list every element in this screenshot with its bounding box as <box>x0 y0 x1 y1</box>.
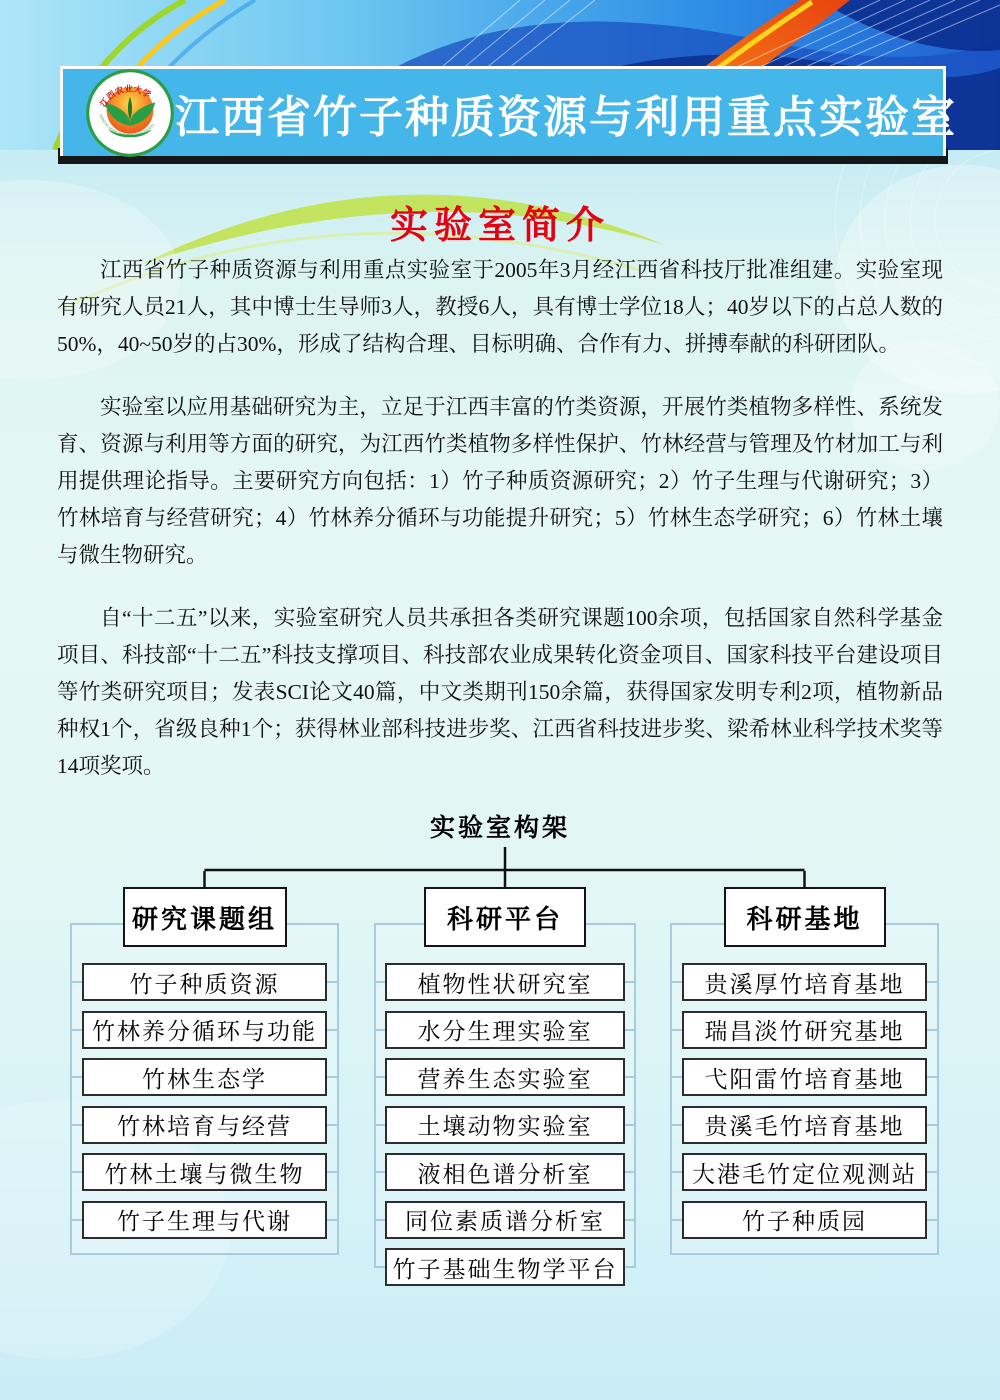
org-item-box: 弋阳雷竹培育基地 <box>682 1058 927 1096</box>
panel-connector-stub <box>374 1219 385 1221</box>
org-item-box: 大港毛竹定位观测站 <box>682 1153 927 1191</box>
panel-connector-stub <box>327 1076 339 1078</box>
org-item-box: 水分生理实验室 <box>385 1011 625 1049</box>
panel-connector-stub <box>327 1171 339 1173</box>
panel-connector-stub <box>374 1076 385 1078</box>
panel-connector-stub <box>625 1219 636 1221</box>
org-item-box: 竹子生理与代谢 <box>82 1201 327 1239</box>
org-item-box: 竹子种质园 <box>682 1201 927 1239</box>
org-item-box: 营养生态实验室 <box>385 1058 625 1096</box>
panel-connector-stub <box>927 1171 939 1173</box>
panel-connector-stub <box>625 981 636 983</box>
org-item-box: 竹子基础生物学平台 <box>385 1248 625 1286</box>
panel-connector-stub <box>374 1029 385 1031</box>
panel-connector-stub <box>625 1171 636 1173</box>
panel-connector-stub <box>70 1219 82 1221</box>
intro-paragraph-3: 自“十二五”以来，实验室研究人员共承担各类研究课题100余项，包括国家自然科学基… <box>57 600 943 785</box>
panel-connector-stub <box>670 1219 682 1221</box>
panel-connector-stub <box>374 1171 385 1173</box>
intro-section: 江西省竹子种质资源与利用重点实验室于2005年3月经江西省科技厅批准组建。实验室… <box>0 252 1000 785</box>
org-column-header: 科研基地 <box>724 887 886 947</box>
org-item-box: 土壤动物实验室 <box>385 1106 625 1144</box>
org-item-box: 竹林养分循环与功能 <box>82 1011 327 1049</box>
poster-page: 江西农业大学 JIANGXI AGRICULTURAL UNIVERSITY 江… <box>0 0 1000 1400</box>
panel-connector-stub <box>670 1171 682 1173</box>
panel-connector-stub <box>670 1029 682 1031</box>
panel-connector-stub <box>625 1029 636 1031</box>
panel-connector-stub <box>70 1076 82 1078</box>
panel-connector-stub <box>70 981 82 983</box>
panel-connector-stub <box>927 1029 939 1031</box>
org-item-box: 植物性状研究室 <box>385 963 625 1001</box>
panel-connector-stub <box>625 1124 636 1126</box>
intro-paragraph-1: 江西省竹子种质资源与利用重点实验室于2005年3月经江西省科技厅批准组建。实验室… <box>57 252 943 363</box>
panel-connector-stub <box>625 1266 636 1268</box>
intro-heading: 实验室简介 <box>0 0 1000 240</box>
panel-connector-stub <box>927 1124 939 1126</box>
org-item-box: 竹子种质资源 <box>82 963 327 1001</box>
panel-connector-stub <box>327 1029 339 1031</box>
panel-connector-stub <box>670 1076 682 1078</box>
panel-connector-stub <box>625 1076 636 1078</box>
intro-paragraph-2: 实验室以应用基础研究为主，立足于江西丰富的竹类资源，开展竹类植物多样性、系统发育… <box>57 389 943 574</box>
panel-connector-stub <box>70 1124 82 1126</box>
org-item-box: 竹林培育与经营 <box>82 1106 327 1144</box>
org-item-box: 竹林生态学 <box>82 1058 327 1096</box>
panel-connector-stub <box>70 1171 82 1173</box>
org-chart: 竹子种质资源竹林养分循环与功能竹林生态学竹林培育与经营竹林土壤与微生物竹子生理与… <box>60 847 940 1297</box>
panel-connector-stub <box>374 981 385 983</box>
org-item-box: 竹林土壤与微生物 <box>82 1153 327 1191</box>
panel-connector-stub <box>927 1076 939 1078</box>
panel-connector-stub <box>327 1124 339 1126</box>
panel-connector-stub <box>670 1124 682 1126</box>
panel-connector-stub <box>374 1124 385 1126</box>
org-item-box: 同位素质谱分析室 <box>385 1201 625 1239</box>
panel-connector-stub <box>670 981 682 983</box>
panel-connector-stub <box>374 1266 385 1268</box>
org-column-header: 科研平台 <box>424 887 586 947</box>
org-item-box: 瑞昌淡竹研究基地 <box>682 1011 927 1049</box>
org-chart-title: 实验室构架 <box>0 811 1000 845</box>
panel-connector-stub <box>327 981 339 983</box>
org-column-header: 研究课题组 <box>123 887 287 947</box>
panel-connector-stub <box>70 1029 82 1031</box>
panel-connector-stub <box>327 1219 339 1221</box>
org-item-box: 液相色谱分析室 <box>385 1153 625 1191</box>
org-item-box: 贵溪毛竹培育基地 <box>682 1106 927 1144</box>
panel-connector-stub <box>927 1219 939 1221</box>
panel-connector-stub <box>927 981 939 983</box>
org-item-box: 贵溪厚竹培育基地 <box>682 963 927 1001</box>
